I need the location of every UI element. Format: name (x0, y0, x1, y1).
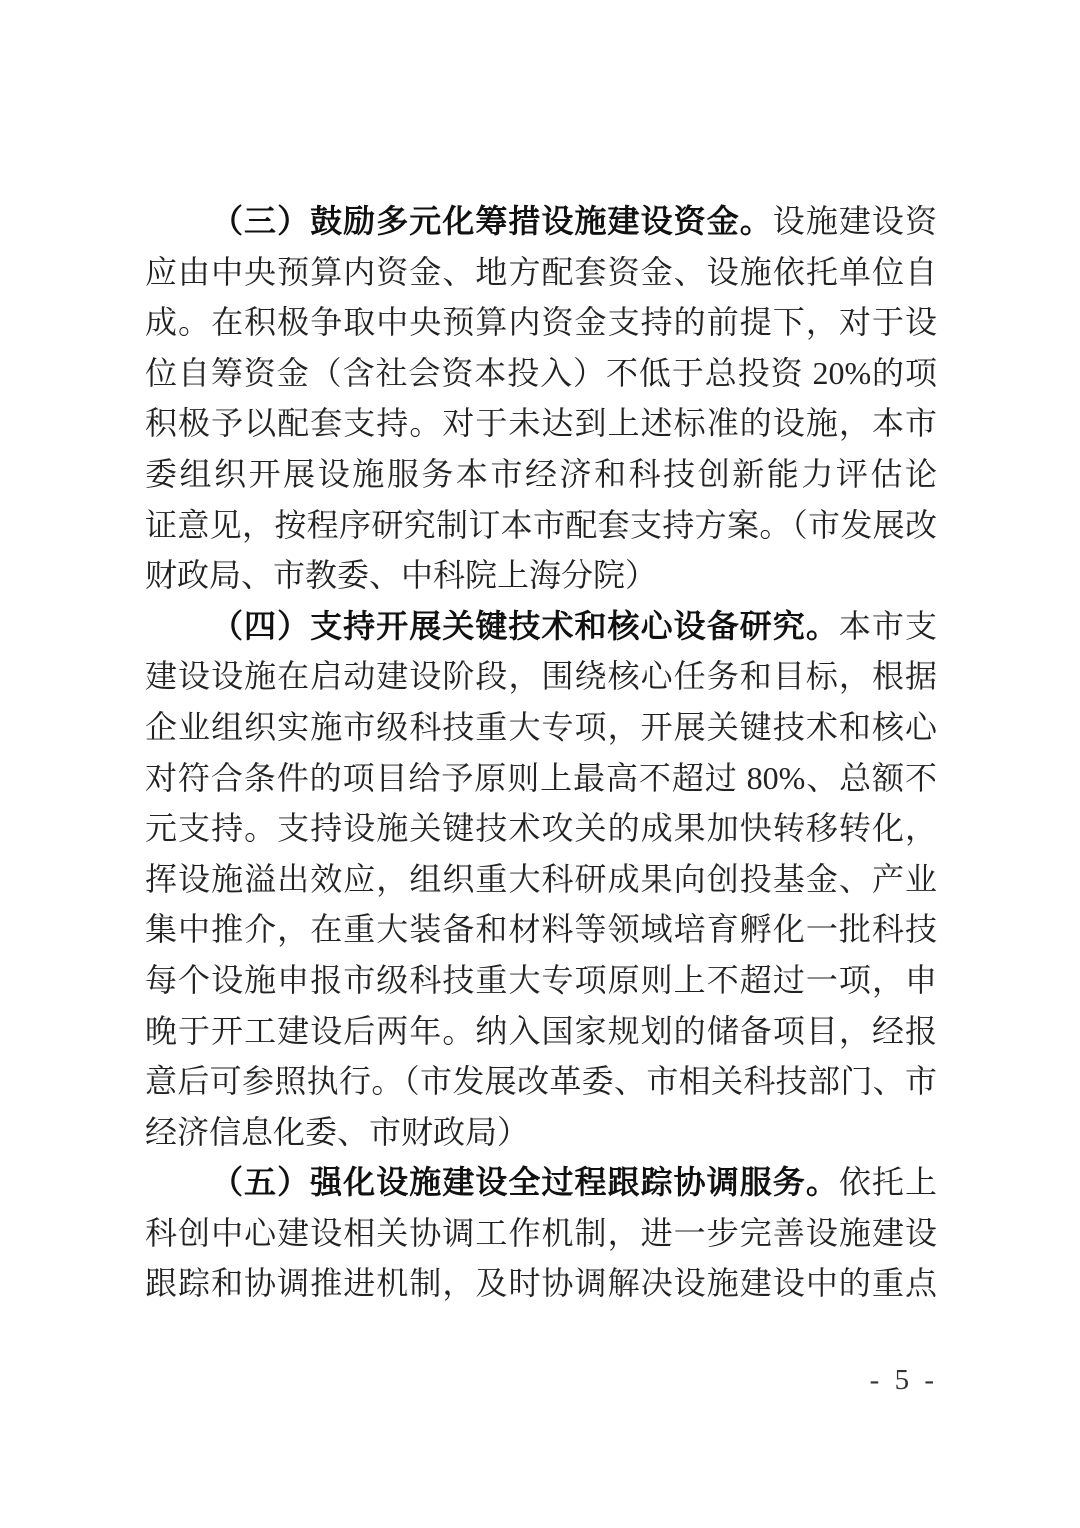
paragraph-line: 元支持。支持设施关键技术攻关的成果加快转移转化，进一步发 (145, 803, 937, 854)
paragraph-line: 对符合条件的项目给予原则上最高不超过 80%、总额不超过 3 亿 (145, 753, 937, 804)
paragraph-line: 企业组织实施市级科技重大专项，开展关键技术和核心设备研究， (145, 702, 937, 753)
section-heading: （三）鼓励多元化筹措设施建设资金。 (211, 203, 773, 239)
paragraph-line: 成。在积极争取中央预算内资金支持的前提下，对于设施依托单 (145, 297, 937, 348)
paragraph-line: 跟踪和协调推进机制，及时协调解决设施建设中的重点难点问题， (145, 1258, 937, 1309)
paragraph-lead-line: （三）鼓励多元化筹措设施建设资金。设施建设资金原则上 (145, 196, 937, 247)
paragraph-line: 每个设施申报市级科技重大专项原则上不超过一项，申报时间不 (145, 955, 937, 1006)
paragraph-line: 应由中央预算内资金、地方配套资金、设施依托单位自筹资金构 (145, 247, 937, 298)
paragraph-line: 积极予以配套支持。对于未达到上述标准的设施，本市依托用户 (145, 398, 937, 449)
paragraph-last-line: 经济信息化委、市财政局） (145, 1107, 937, 1158)
paragraph-line: 挥设施溢出效应，组织重大科研成果向创投基金、产业基金进行 (145, 854, 937, 905)
paragraph-lead-line: （五）强化设施建设全过程跟踪协调服务。依托上海市推进 (145, 1157, 937, 1208)
document-page: （三）鼓励多元化筹措设施建设资金。设施建设资金原则上 应由中央预算内资金、地方配… (0, 0, 1080, 1528)
paragraph-lead-line: （四）支持开展关键技术和核心设备研究。本市支持新开工 (145, 601, 937, 652)
paragraph-line: 科创中心建设相关协调工作机制，进一步完善设施建设进展月度 (145, 1208, 937, 1259)
page-number: - 5 - (870, 1362, 938, 1398)
paragraph-line: 集中推介，在重大装备和材料等领域培育孵化一批科技型企业。 (145, 904, 937, 955)
section-heading: （五）强化设施建设全过程跟踪协调服务。 (211, 1164, 839, 1200)
paragraph-line: 位自筹资金（含社会资本投入）不低于总投资 20%的项目，本市 (145, 348, 937, 399)
paragraph-line: 意后可参照执行。（市发展改革委、市相关科技部门、市科委、市 (145, 1056, 937, 1107)
section-heading: （四）支持开展关键技术和核心设备研究。 (211, 608, 839, 644)
document-body: （三）鼓励多元化筹措设施建设资金。设施建设资金原则上 应由中央预算内资金、地方配… (145, 196, 937, 1309)
paragraph-line: 证意见，按程序研究制订本市配套支持方案。（市发展改革委、市 (145, 500, 937, 551)
paragraph-last-line: 财政局、市教委、中科院上海分院） (145, 550, 937, 601)
paragraph-line: 建设设施在启动建设阶段，围绕核心任务和目标，根据需要联合 (145, 651, 937, 702)
paragraph-line: 委组织开展设施服务本市经济和科技创新能力评估论证，根据论 (145, 449, 937, 500)
paragraph-line: 晚于开工建设后两年。纳入国家规划的储备项目，经报市政府同 (145, 1006, 937, 1057)
